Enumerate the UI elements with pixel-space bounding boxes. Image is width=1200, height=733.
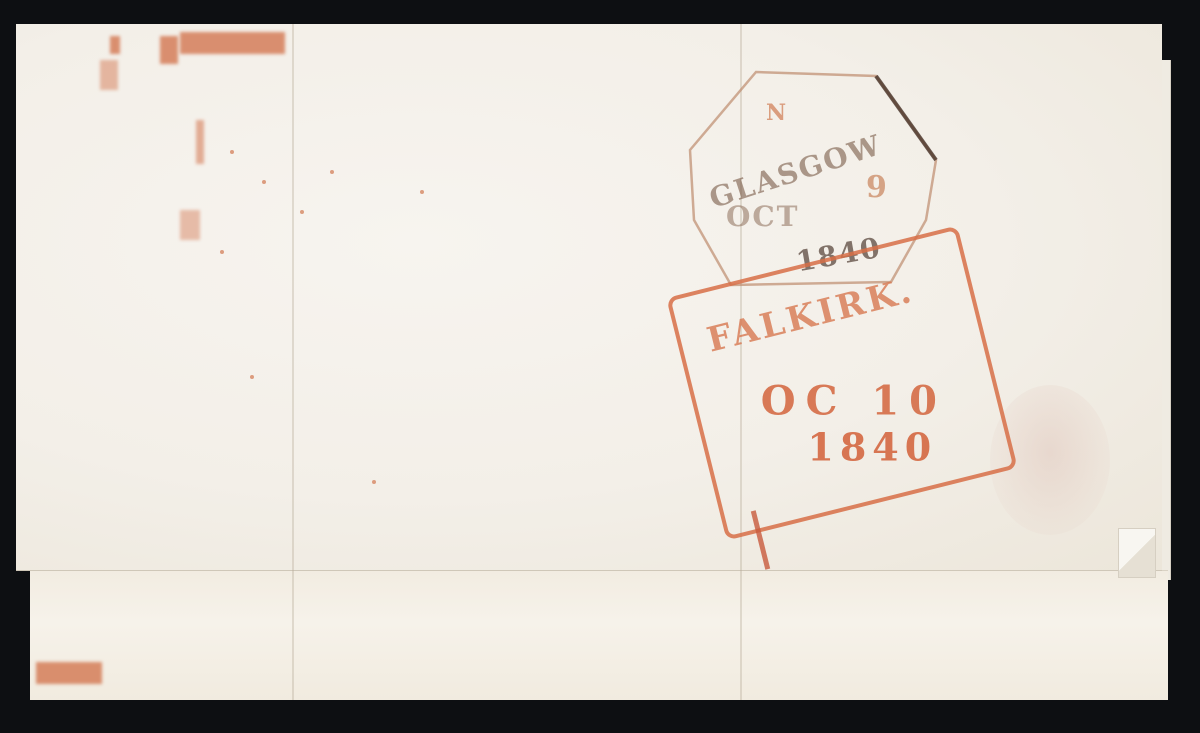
ink-stain — [160, 36, 178, 64]
postmark-date: OC 10 — [761, 378, 947, 425]
ink-stain — [36, 662, 102, 684]
ink-speck — [250, 375, 254, 379]
ink-speck — [300, 210, 304, 214]
fold-line — [292, 24, 294, 700]
postmark-year: 1840 — [807, 425, 937, 470]
ink-speck — [372, 480, 376, 484]
postmark-top-letter: N — [766, 100, 788, 126]
folded-corner — [1118, 528, 1156, 578]
postmark-town: FALKIRK. — [703, 271, 918, 361]
paper-bottom-flap — [30, 570, 1168, 700]
ink-speck — [220, 250, 224, 254]
ink-stain — [110, 36, 120, 54]
postmark-month: OCT — [726, 200, 800, 233]
ink-speck — [420, 190, 424, 194]
paper-top-panel — [16, 24, 1162, 570]
ink-speck — [262, 180, 266, 184]
ink-speck — [230, 150, 234, 154]
ink-speck — [330, 170, 334, 174]
ink-stain — [180, 32, 285, 54]
ink-stain — [100, 60, 118, 90]
ink-stain — [180, 210, 200, 240]
postmark-day: 9 — [866, 170, 889, 205]
ink-stain — [196, 120, 204, 164]
